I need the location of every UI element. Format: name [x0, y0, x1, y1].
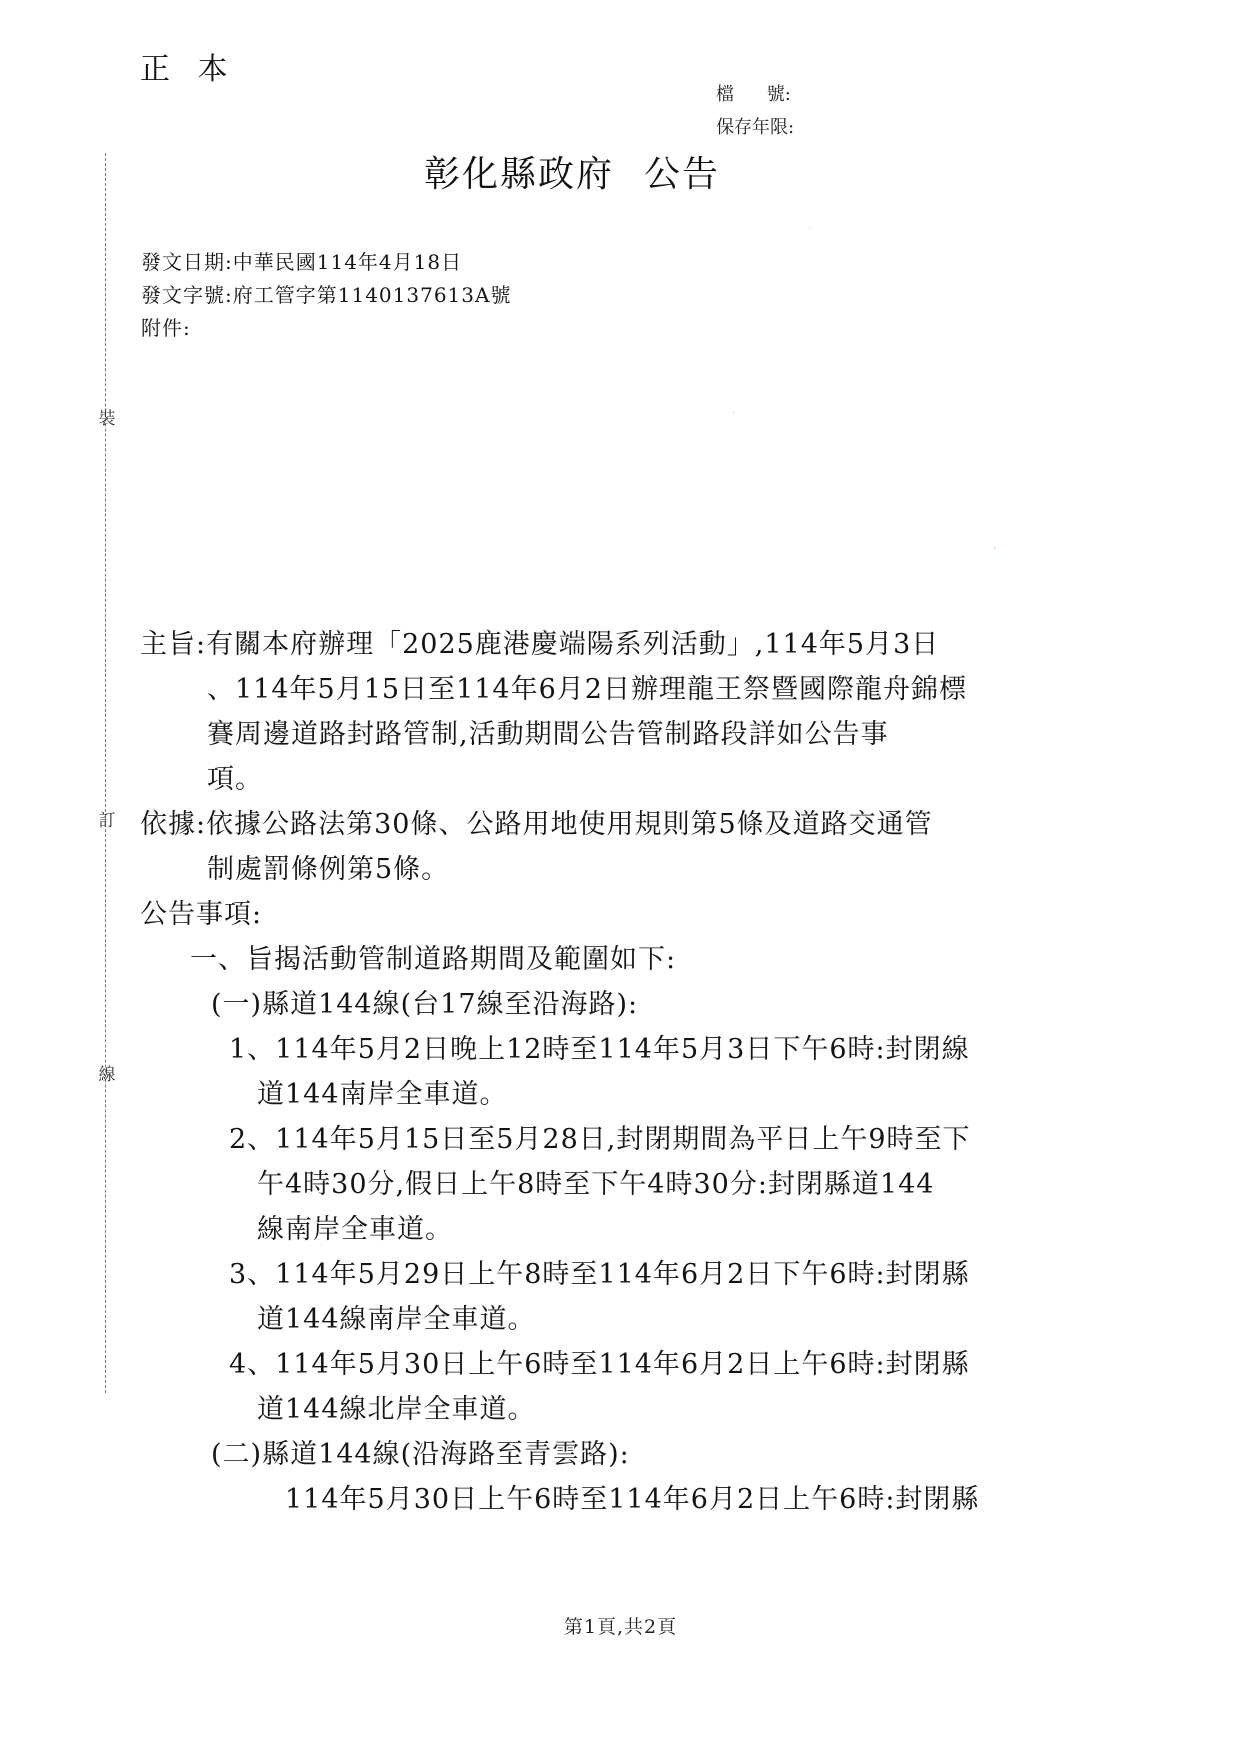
- body-line-text: 主旨:有關本府辦理「2025鹿港慶端陽系列活動」,114年5月3日: [140, 629, 939, 660]
- seal-graphic: 府 縣 彰 印 政 化: [690, 205, 1032, 627]
- body-line: 一、旨揭活動管制道路期間及範圍如下:: [190, 937, 1040, 982]
- body-line-text: 線南岸全車道。: [257, 1214, 453, 1245]
- body-line: 3、114年5月29日上午8時至114年6月2日下午6時:封閉縣: [229, 1252, 1040, 1297]
- body-line-text: 2、114年5月15日至5月28日,封閉期間為平日上午9時至下: [229, 1124, 971, 1155]
- retention-period-label: 保存年限:: [716, 111, 794, 144]
- body-line: 、114年5月15日至114年6月2日辦理龍王祭暨國際龍舟錦標: [207, 667, 1040, 712]
- binding-mark-ding: 訂: [94, 806, 120, 831]
- body-line: 項。: [207, 757, 1040, 802]
- body-line-text: 項。: [207, 764, 263, 795]
- body-line: 午4時30分,假日上午8時至下午4時30分:封閉縣道144: [257, 1162, 1040, 1207]
- document-page: 正 本 檔 號: 保存年限: 彰化縣政府公告 發文日期:中華民國114年4月18…: [0, 0, 1241, 1755]
- seal-char: 府: [745, 297, 819, 383]
- seal-char: 政: [824, 446, 898, 532]
- archive-info: 檔 號: 保存年限:: [716, 78, 794, 144]
- meta-line: 附件:: [141, 312, 511, 345]
- document-title: 彰化縣政府公告: [424, 146, 720, 197]
- body-line-text: 午4時30分,假日上午8時至下午4時30分:封閉縣道144: [257, 1169, 934, 1200]
- body-line: 道144線南岸全車道。: [257, 1297, 1040, 1342]
- body-line-text: (一)縣道144線(台17線至沿海路):: [211, 989, 638, 1020]
- body-line-text: 114年5月30日上午6時至114年6月2日上午6時:封閉縣: [285, 1484, 979, 1515]
- body-line: 114年5月30日上午6時至114年6月2日上午6時:封閉縣: [285, 1477, 1040, 1522]
- body-line: (二)縣道144線(沿海路至青雲路):: [211, 1432, 1040, 1477]
- body-line: 依據:依據公路法第30條、公路用地使用規則第5條及道路交通管: [140, 802, 1040, 847]
- binding-mark-xian: 線: [94, 1060, 120, 1085]
- binding-margin-line: [105, 153, 106, 1393]
- body-line: 道144線北岸全車道。: [257, 1387, 1040, 1432]
- issuing-meta: 發文日期:中華民國114年4月18日 發文字號:府工管字第1140137613A…: [141, 246, 511, 345]
- meta-line: 發文日期:中華民國114年4月18日: [141, 246, 511, 279]
- body-line-text: 道144南岸全車道。: [257, 1079, 508, 1110]
- seal-inked-area: 府 縣 彰 印 政 化: [690, 205, 1032, 627]
- body-line-text: 賽周邊道路封路管制,活動期間公告管制路段詳如公告事: [207, 719, 889, 750]
- body-line-text: 4、114年5月30日上午6時至114年6月2日上午6時:封閉縣: [229, 1349, 970, 1380]
- seal-script-characters: 府 縣 彰 印 政 化: [745, 297, 977, 532]
- body-line-text: 、114年5月15日至114年6月2日辦理龍王祭暨國際龍舟錦標: [207, 674, 967, 705]
- copy-type-label: 正 本: [140, 44, 230, 88]
- body-line: 2、114年5月15日至5月28日,封閉期間為平日上午9時至下: [229, 1117, 1040, 1162]
- body-line: 1、114年5月2日晚上12時至114年5月3日下午6時:封閉線: [229, 1027, 1040, 1072]
- body-line: 制處罰條例第5條。: [207, 847, 1040, 892]
- seal-char: 印: [745, 446, 819, 532]
- meta-line: 發文字號:府工管字第1140137613A號: [141, 279, 511, 312]
- meta-value: 中華民國114年4月18日: [233, 250, 462, 274]
- body-line: 4、114年5月30日上午6時至114年6月2日上午6時:封閉縣: [229, 1342, 1040, 1387]
- document-type: 公告: [644, 154, 720, 195]
- meta-label: 附件:: [141, 316, 191, 340]
- seal-char: 縣: [824, 297, 900, 383]
- body-line-text: 公告事項:: [140, 899, 262, 930]
- page-number: 第1頁,共2頁: [0, 1612, 1241, 1639]
- body-line: 道144南岸全車道。: [257, 1072, 1040, 1117]
- file-number-label: 檔 號:: [716, 78, 794, 111]
- body-line: 公告事項:: [140, 892, 1040, 937]
- body-line-text: 1、114年5月2日晚上12時至114年5月3日下午6時:封閉線: [229, 1034, 970, 1065]
- body-line-text: 3、114年5月29日上午8時至114年6月2日下午6時:封閉縣: [229, 1259, 970, 1290]
- official-seal-stamp: 府 縣 彰 印 政 化: [690, 205, 1032, 627]
- body-line-text: 道144線南岸全車道。: [257, 1304, 536, 1335]
- body-line-text: 依據:依據公路法第30條、公路用地使用規則第5條及道路交通管: [140, 809, 933, 840]
- body-line: 線南岸全車道。: [257, 1207, 1040, 1252]
- meta-value: 府工管字第1140137613A號: [233, 283, 512, 307]
- body-line: 賽周邊道路封路管制,活動期間公告管制路段詳如公告事: [207, 712, 1040, 757]
- binding-mark-zhuang: 裝: [94, 404, 120, 429]
- body-line-text: (二)縣道144線(沿海路至青雲路):: [211, 1439, 630, 1470]
- body-line: (一)縣道144線(台17線至沿海路):: [211, 982, 1040, 1027]
- meta-label: 發文字號:: [141, 283, 233, 307]
- meta-label: 發文日期:: [141, 250, 233, 274]
- body-line-text: 道144線北岸全車道。: [257, 1394, 536, 1425]
- issuing-agency: 彰化縣政府: [424, 154, 614, 195]
- body-line: 主旨:有關本府辦理「2025鹿港慶端陽系列活動」,114年5月3日: [140, 622, 1040, 667]
- body-line-text: 一、旨揭活動管制道路期間及範圍如下:: [190, 944, 676, 975]
- seal-border-band: [690, 205, 1032, 627]
- announcement-body: 主旨:有關本府辦理「2025鹿港慶端陽系列活動」,114年5月3日 、114年5…: [140, 622, 1040, 1522]
- body-line-text: 制處罰條例第5條。: [207, 854, 449, 885]
- seal-char: 彰: [903, 297, 977, 383]
- seal-char: 化: [903, 446, 977, 532]
